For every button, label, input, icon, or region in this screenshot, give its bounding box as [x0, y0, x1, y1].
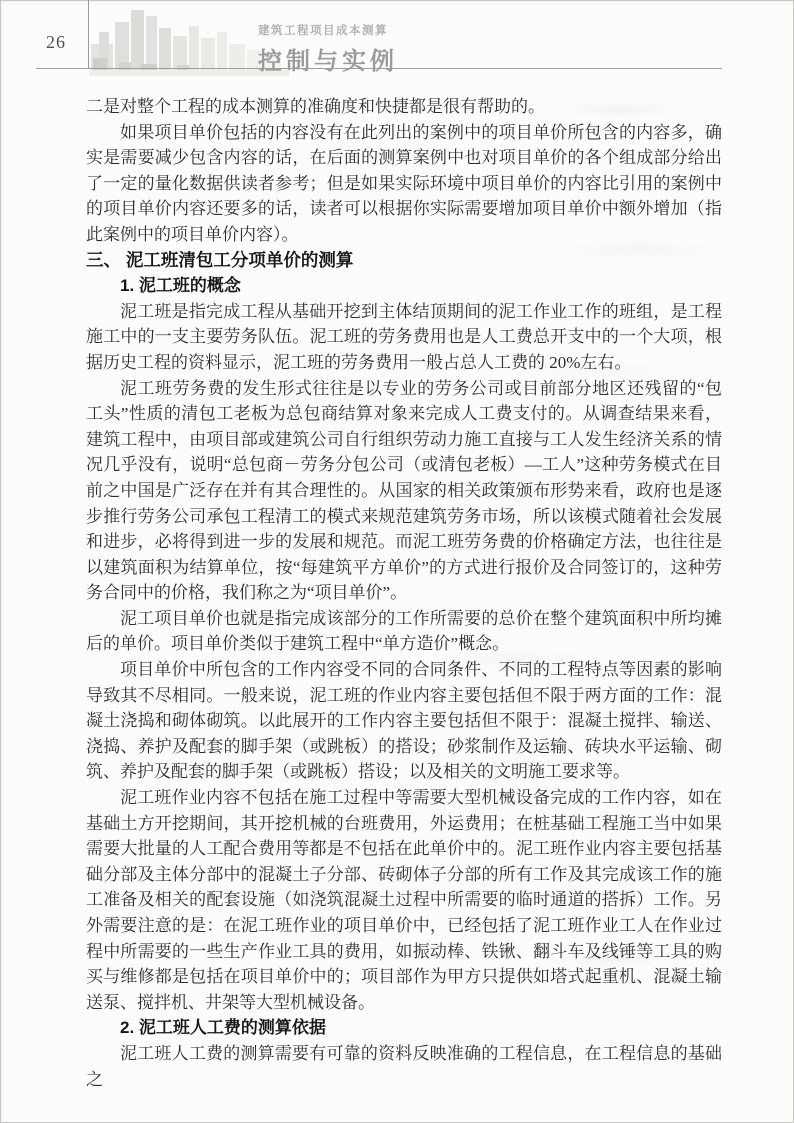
header-rule: [36, 68, 722, 69]
page-number: 26: [46, 32, 66, 53]
paragraph: 泥工班人工费的测算需要有可靠的资料反映准确的工程信息，在工程信息的基础之: [86, 1041, 722, 1092]
paragraph: 泥工班是指完成工程从基础开挖到主体结顶期间的泥工作业工作的班组，是工程施工中的一…: [86, 299, 722, 376]
paragraph: 泥工项目单价也就是指完成该部分的工作所需要的总价在整个建筑面积中所均摊后的单价。…: [86, 606, 722, 657]
subsection-heading: 1. 泥工班的概念: [86, 273, 722, 299]
paragraph: 如果项目单价包括的内容没有在此列出的案例中的项目单价所包含的内容多，确实是需要减…: [86, 120, 722, 248]
paragraph: 泥工班劳务费的发生形式往往是以专业的劳务公司或目前部分地区还残留的“包工头”性质…: [86, 376, 722, 606]
book-title: 控制与实例: [258, 41, 398, 76]
paragraph: 泥工班作业内容不包括在施工过程中等需要大型机械设备完成的工作内容，如在基础土方开…: [86, 785, 722, 1015]
book-page: 26: [0, 0, 794, 1123]
page-content: 二是对整个工程的成本测算的准确度和快捷都是很有帮助的。 如果项目单价包括的内容没…: [86, 94, 722, 1092]
series-title: 建筑工程项目成本测算: [258, 22, 398, 38]
subsection-heading: 2. 泥工班人工费的测算依据: [86, 1015, 722, 1041]
section-heading: 三、 泥工班清包工分项单价的测算: [86, 248, 722, 274]
paragraph: 二是对整个工程的成本测算的准确度和快捷都是很有帮助的。: [86, 94, 722, 120]
paragraph: 项目单价中所包含的工作内容受不同的合同条件、不同的工程特点等因素的影响导致其不尽…: [86, 657, 722, 785]
